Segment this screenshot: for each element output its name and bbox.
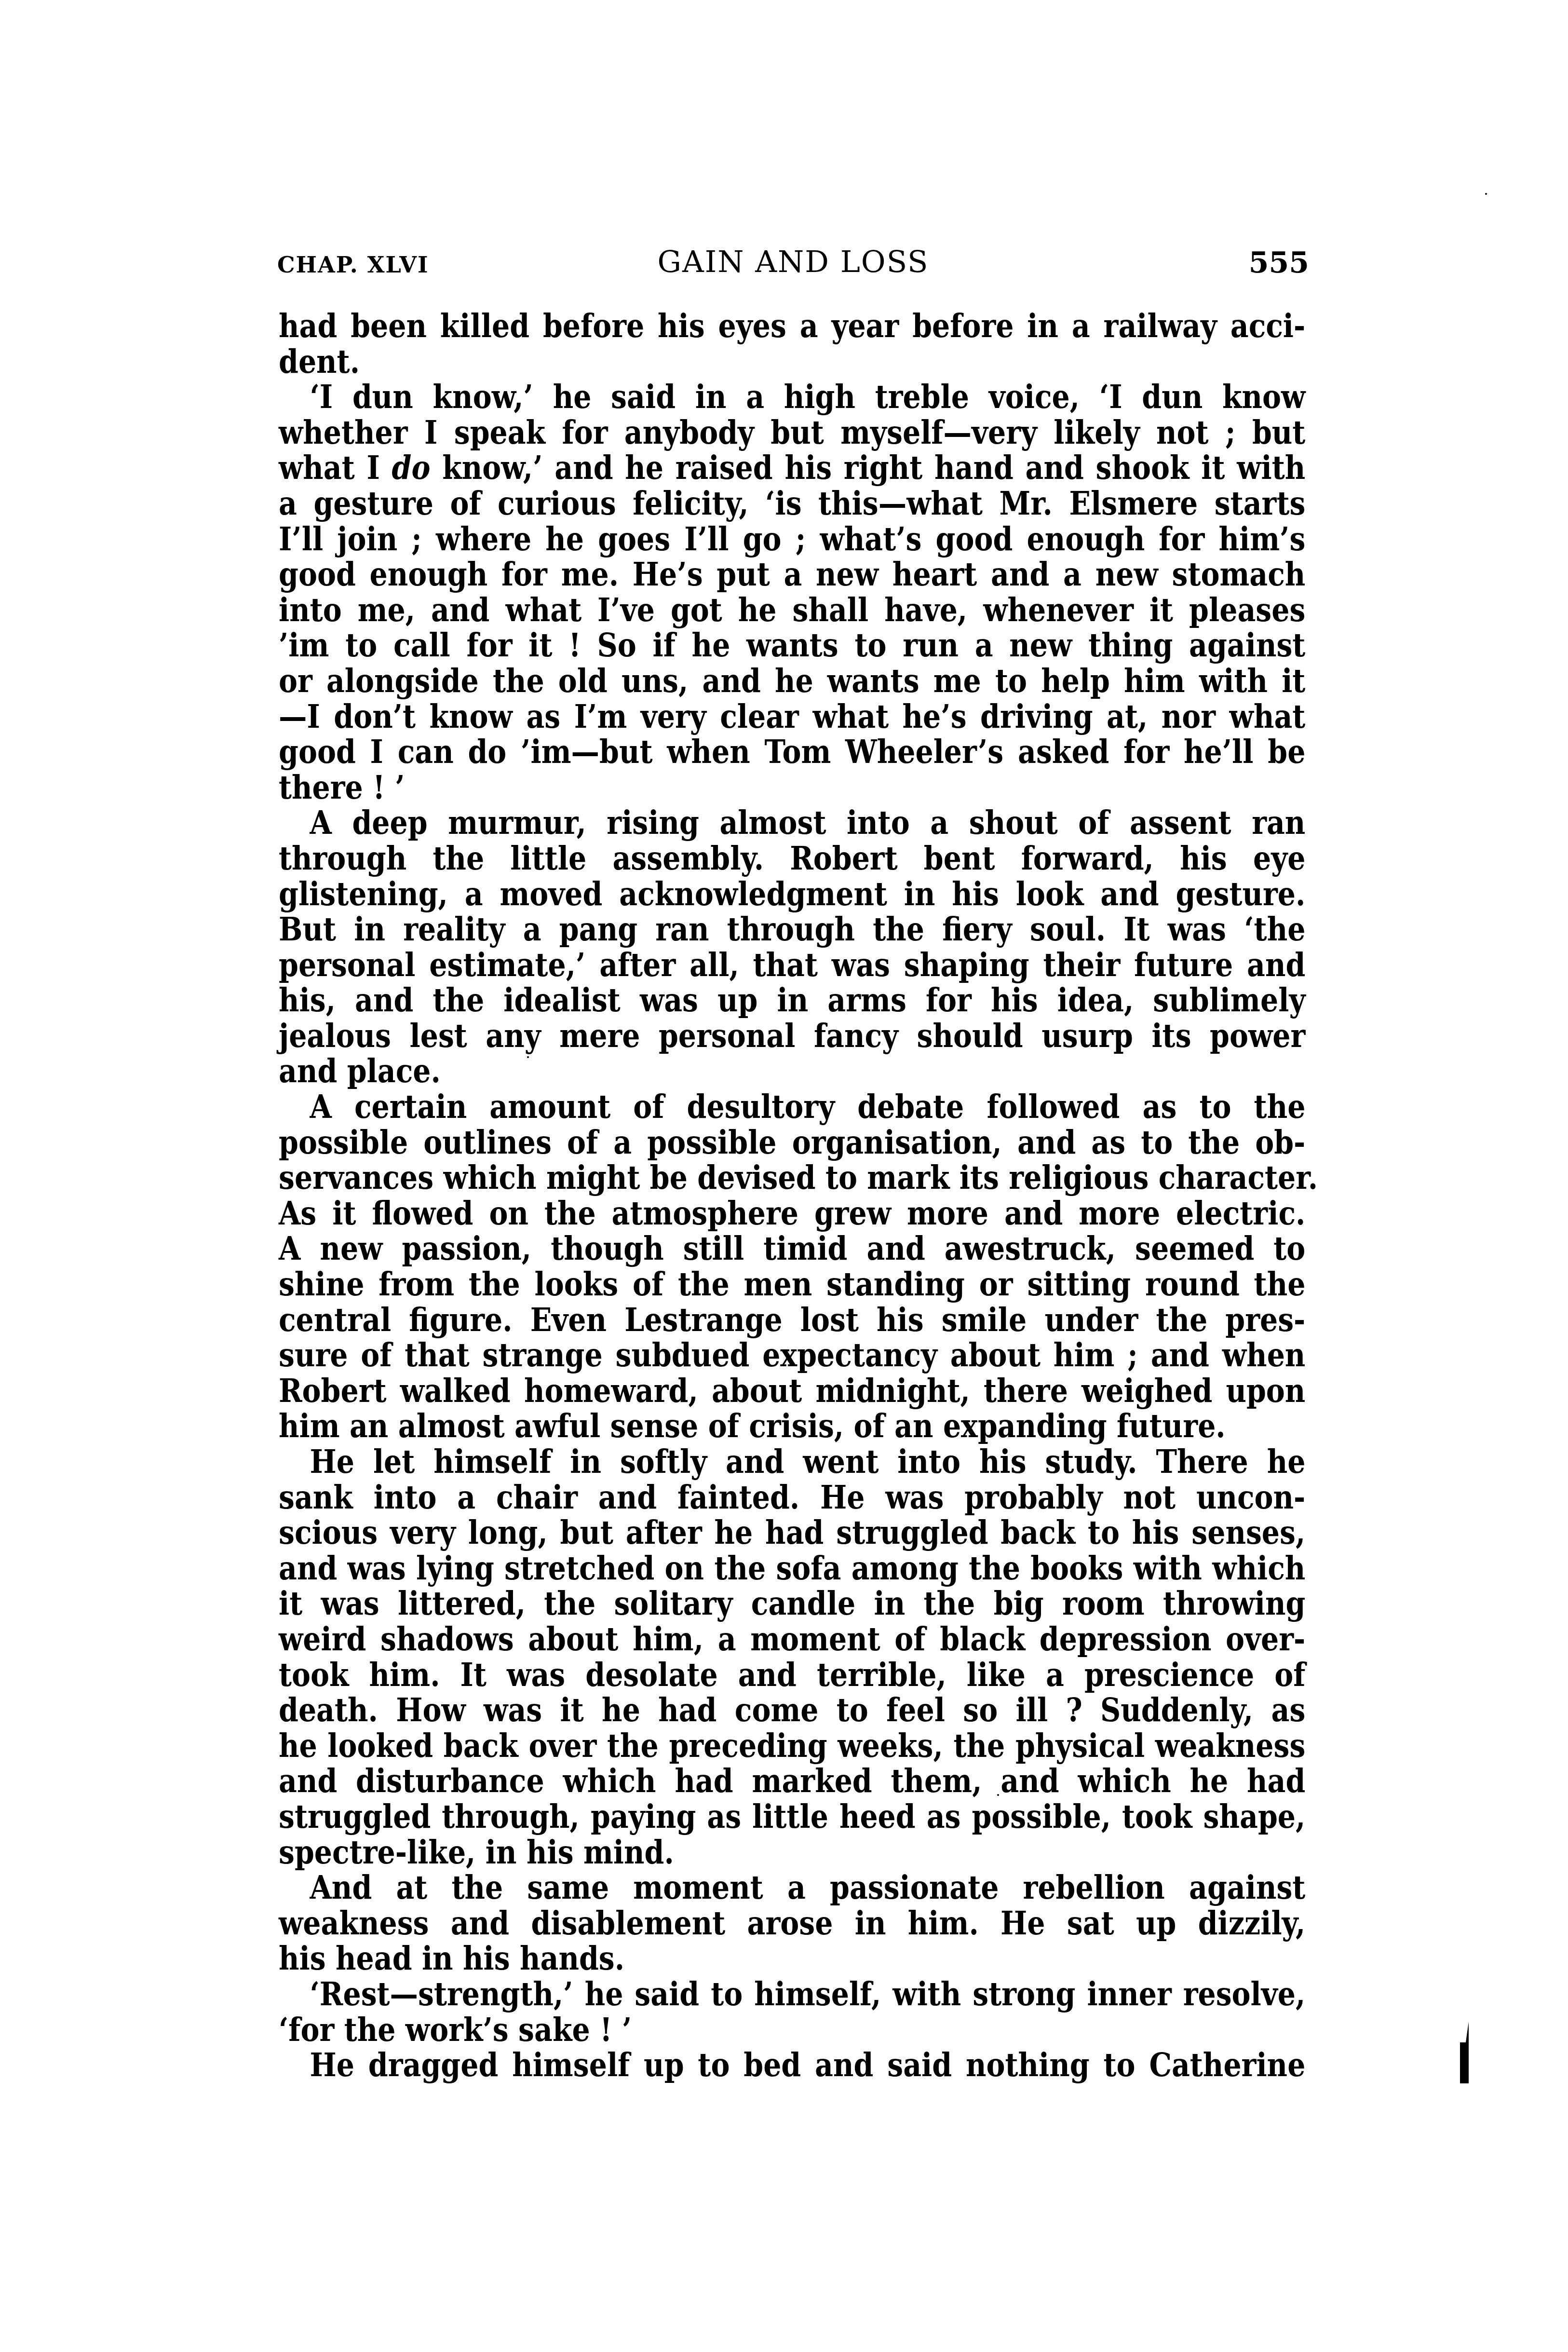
text-line: A new passion, though still timid and aw…: [279, 1231, 1305, 1267]
running-head: CHAP. XLVI GAIN AND LOSS 555: [277, 241, 1309, 280]
text-line: But in reality a pang ran through the fi…: [279, 912, 1305, 948]
text-line: into me, and what I’ve got he shall have…: [279, 593, 1305, 628]
text-line: dent.: [279, 344, 1305, 380]
text-line: And at the same moment a passionate rebe…: [279, 1870, 1305, 1906]
scan-speck: [997, 1794, 999, 1796]
text-line: good I can do ’im—but when Tom Wheeler’s…: [279, 734, 1305, 770]
text-line: A certain amount of desultory debate fol…: [279, 1089, 1305, 1125]
text-line: He let himself in softly and went into h…: [279, 1444, 1305, 1480]
text-line: struggled through, paying as little heed…: [279, 1799, 1305, 1835]
text-line: or alongside the old uns, and he wants m…: [279, 664, 1305, 699]
book-page: CHAP. XLVI GAIN AND LOSS 555 had been ki…: [0, 0, 1568, 2352]
text-line: took him. It was desolate and terrible, …: [279, 1658, 1305, 1693]
text-line: death. How was it he had come to feel so…: [279, 1693, 1305, 1728]
text-line: personal estimate,’ after all, that was …: [279, 948, 1305, 983]
text-line: A deep murmur, rising almost into a shou…: [279, 805, 1305, 841]
page-number: 555: [1249, 246, 1309, 280]
text-line: glistening, a moved acknowledgment in hi…: [279, 877, 1305, 912]
text-line: sank into a chair and fainted. He was pr…: [279, 1480, 1305, 1516]
text-line: his, and the idealist was up in arms for…: [279, 983, 1305, 1019]
running-title: GAIN AND LOSS: [388, 244, 1198, 279]
text-line: ’im to call for it ! So if he wants to r…: [279, 628, 1305, 664]
text-line: jealous lest any mere personal fancy sho…: [279, 1019, 1305, 1054]
text-line: and disturbance which had marked them, a…: [279, 1764, 1305, 1799]
text-line: I’ll join ; where he goes I’ll go ; what…: [279, 522, 1305, 557]
text-line: and place.: [279, 1054, 1305, 1089]
scan-speck: [527, 1056, 529, 1058]
text-line: his head in his hands.: [279, 1941, 1305, 1977]
text-line: spectre-like, in his mind.: [279, 1835, 1305, 1871]
scan-mark-fill: [1460, 2042, 1469, 2083]
text-line: a gesture of curious felicity, ‘is this—…: [279, 486, 1305, 522]
text-line: what I do know,’ and he raised his right…: [279, 450, 1305, 486]
text-line: ‘Rest—strength,’ he said to himself, wit…: [279, 1977, 1305, 2012]
text-line: there ! ’: [279, 770, 1305, 806]
text-line: Robert walked homeward, about midnight, …: [279, 1373, 1305, 1409]
text-line: whether I speak for anybody but myself—v…: [279, 415, 1305, 451]
text-line: As it flowed on the atmosphere grew more…: [279, 1196, 1305, 1232]
text-line: —I don’t know as I’m very clear what he’…: [279, 699, 1305, 735]
text-line: ‘for the work’s sake ! ’: [279, 2012, 1305, 2048]
text-line: through the little assembly. Robert bent…: [279, 841, 1305, 877]
scan-speck: [1485, 193, 1487, 195]
text-line: sure of that strange subdued expectancy …: [279, 1338, 1305, 1373]
text-line: he looked back over the preceding weeks,…: [279, 1728, 1305, 1764]
text-line: and was lying stretched on the sofa amon…: [279, 1551, 1305, 1587]
text-line: weird shadows about him, a moment of bla…: [279, 1622, 1305, 1658]
text-line: ‘I dun know,’ he said in a high treble v…: [279, 380, 1305, 415]
text-line: had been killed before his eyes a year b…: [279, 309, 1305, 344]
text-line: good enough for me. He’s put a new heart…: [279, 557, 1305, 593]
text-line: weakness and disablement arose in him. H…: [279, 1906, 1305, 1942]
text-line: He dragged himself up to bed and said no…: [279, 2048, 1305, 2083]
text-line: scious very long, but after he had strug…: [279, 1515, 1305, 1551]
text-line: it was littered, the solitary candle in …: [279, 1586, 1305, 1622]
text-line: central figure. Even Lestrange lost his …: [279, 1303, 1305, 1338]
body-text: had been killed before his eyes a year b…: [279, 309, 1306, 2083]
text-line: servances which might be devised to mark…: [279, 1160, 1305, 1196]
text-line: him an almost awful sense of crisis, of …: [279, 1409, 1305, 1444]
italic-word: do: [392, 449, 431, 487]
text-line: shine from the looks of the men standing…: [279, 1267, 1305, 1303]
text-line: possible outlines of a possible organisa…: [279, 1125, 1305, 1161]
